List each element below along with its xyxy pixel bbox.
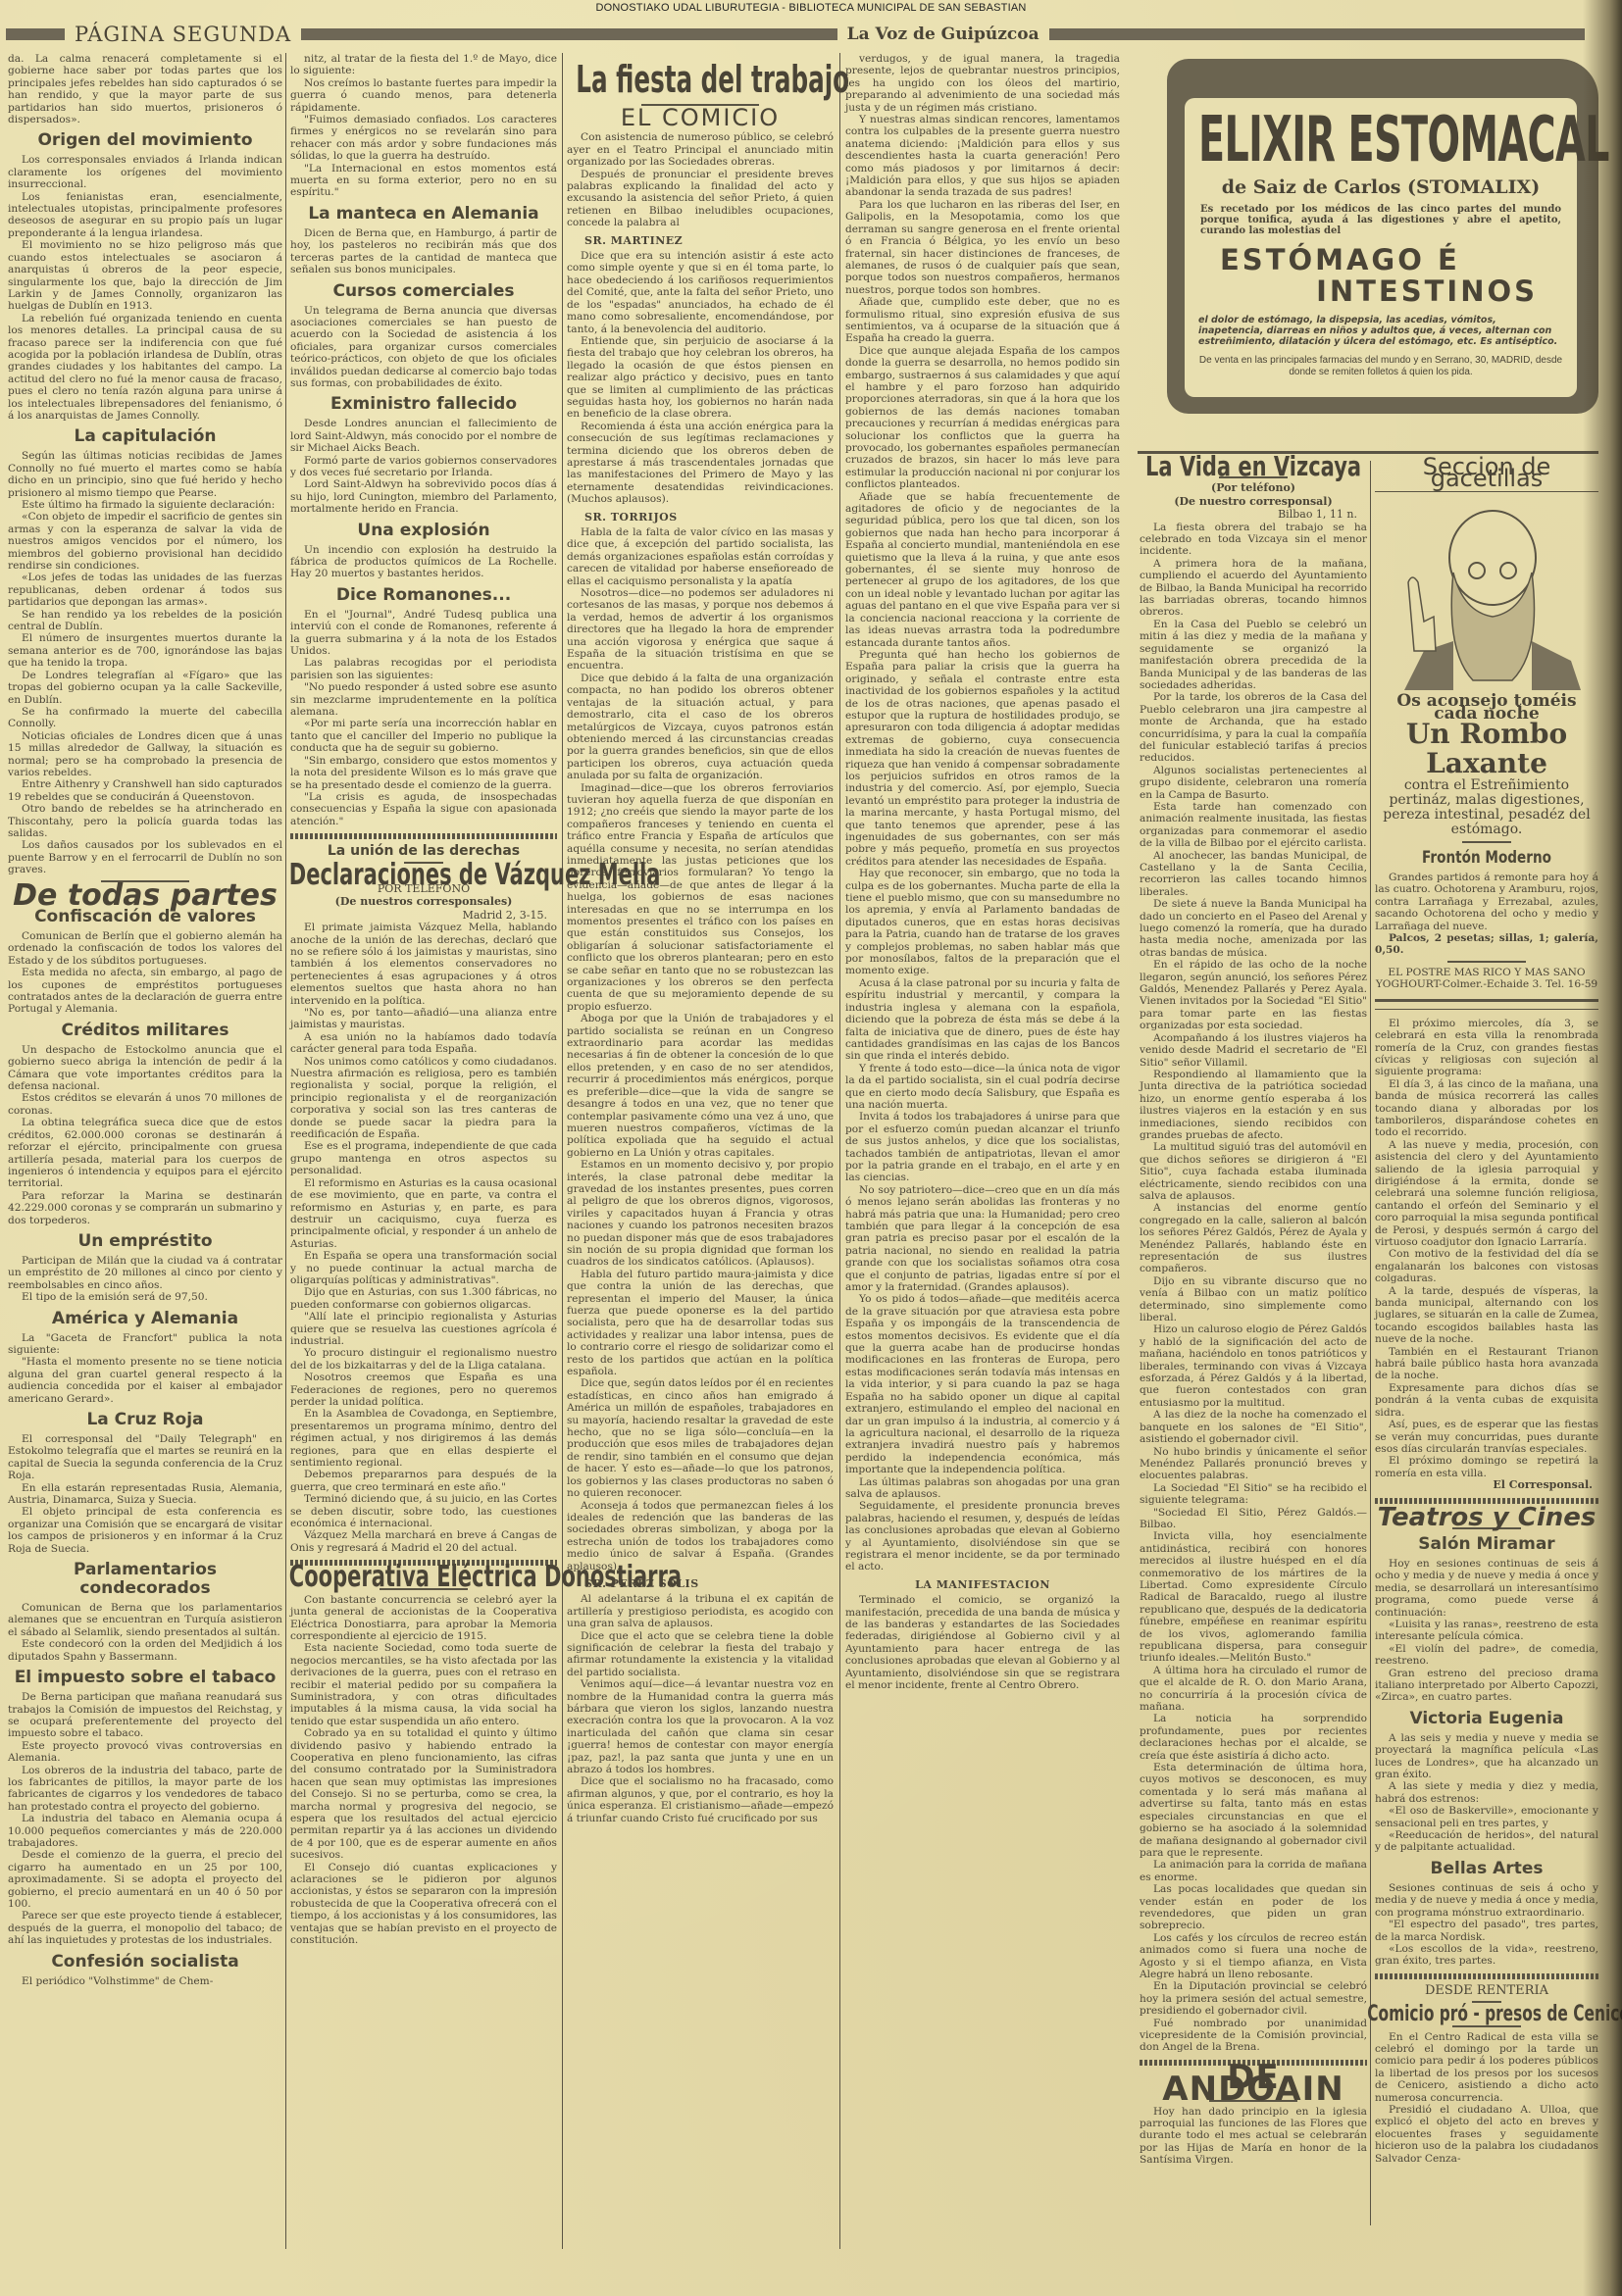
paragraph: La animación para la corrida de mañana e…	[1140, 1859, 1367, 1883]
paragraph: Vázquez Mella marchará en breve á Cangas…	[290, 1529, 557, 1554]
paragraph: Dice que debido á la falta de una organi…	[567, 673, 834, 782]
speaker-heading: SR. TORRIJOS	[584, 512, 834, 524]
paragraph: verdugos, y de igual manera, la tragedia…	[845, 53, 1120, 114]
paragraph: De Londres telegrafían al «Fígaro» que l…	[8, 670, 282, 706]
paragraph: Aboga por que la Unión de trabajadores y…	[567, 1013, 834, 1159]
article-text: Un incendio con explosión ha destruido l…	[290, 544, 557, 580]
column-rule	[839, 53, 840, 2249]
paragraph: Las pocas localidades que quedan sin ven…	[1140, 1883, 1367, 1932]
paragraph: El número de insurgentes muertos durante…	[8, 632, 282, 669]
paragraph: Lord Saint-Aldwyn ha sobrevivido pocos d…	[290, 478, 557, 515]
headline-mella: Declaraciones de Vázquez Mella	[289, 870, 558, 881]
signature: El Corresponsal.	[1375, 1479, 1593, 1491]
ad-laxante-product: Un Rombo Laxante	[1375, 720, 1598, 778]
header-rule	[1049, 28, 1585, 40]
paragraph: Hay que reconocer, sin embargo, que no t…	[845, 868, 1120, 977]
paragraph: El primate jaimista Vázquez Mella, habla…	[290, 922, 557, 1007]
article-text: Hoy han dado principio en la iglesia par…	[1140, 2106, 1367, 2167]
paragraph: Noticias oficiales de Londres dicen que …	[8, 730, 282, 779]
paragraph: Formó parte de varios gobiernos conserva…	[290, 455, 557, 479]
paragraph: Así, pues, es de esperar que las fiestas…	[1375, 1419, 1598, 1455]
article-tabaco: De Berna participan que mañana reanudará…	[8, 1691, 282, 1947]
paragraph: Habla del futuro partido maura-jaimista …	[567, 1269, 834, 1378]
paragraph: «Por mi parte sería una incorrección hab…	[290, 718, 557, 754]
article-romeria: El próximo miercoles, día 3, se celebrar…	[1375, 1018, 1598, 1479]
paragraph: Este proyecto provocó vivas controversia…	[8, 1740, 282, 1765]
running-header: PÁGINA SEGUNDA La Voz de Guipúzcoa	[6, 22, 1585, 47]
byline: (De nuestros corresponsales)	[290, 896, 557, 908]
headline-america: América y Alemania	[8, 1310, 282, 1328]
paragraph: Yo os pido á todos—añade—que meditéis ac…	[845, 1293, 1120, 1475]
paragraph: En el "Journal", André Tudesq publica un…	[290, 609, 557, 658]
article-cruz-roja: El corresponsal del "Daily Telegraph" en…	[8, 1433, 282, 1555]
article-creditos: Un despacho de Estockolmo anuncia que el…	[8, 1044, 282, 1226]
paragraph: «El violín del padre», de comedia, reest…	[1375, 1643, 1598, 1668]
paragraph: Esta tarde han comenzado con animación r…	[1140, 801, 1367, 850]
paragraph: Invicta villa, hoy esencialmente antidin…	[1140, 1530, 1367, 1664]
paragraph: Expresamente para dichos días se pondrán…	[1375, 1382, 1598, 1419]
ad-claim: Es recetado por los médicos de las cinco…	[1185, 204, 1577, 236]
article-text: Un telegrama de Berna anuncia que divers…	[290, 305, 557, 390]
paragraph: El objeto principal de esta conferencia …	[8, 1506, 282, 1555]
paragraph: "La Internacional en estos momentos está…	[290, 163, 557, 199]
paragraph: Los fenianistas eran, esencialmente, int…	[8, 191, 282, 240]
paragraph: Para los que lucharon en las riberas del…	[845, 199, 1120, 296]
column-4: verdugos, y de igual manera, la tragedia…	[845, 53, 1120, 1691]
paragraph: La rebelión fué organizada teniendo en c…	[8, 313, 282, 423]
headline-capitulacion: La capitulación	[8, 427, 282, 446]
paragraph: Acusa á la clase patronal por su incuria…	[845, 977, 1120, 1063]
column-1: da. La calma renacerá completamente si e…	[8, 53, 282, 1987]
paragraph: A primera hora de la mañana, cumpliendo …	[1140, 558, 1367, 619]
article-text: Grandes partidos á remonte para hoy á la…	[1375, 872, 1598, 932]
paragraph: Yo procuro distinguir el regionalismo nu…	[290, 1347, 557, 1372]
paragraph: Con motivo de la festividad del día se e…	[1375, 1248, 1598, 1284]
paragraph: Sesiones continuas de seis á ocho y medi…	[1375, 1882, 1598, 1919]
paragraph: «Luisita y las ranas», reestreno de esta…	[1375, 1619, 1598, 1643]
paragraph: Comunican de Berna que los parlamentario…	[8, 1602, 282, 1638]
paragraph: "Hasta el momento presente no se tiene n…	[8, 1356, 282, 1405]
paragraph: En ella estarán representadas Rusia, Ale…	[8, 1482, 282, 1507]
paragraph: Según las últimas noticias recibidas de …	[8, 450, 282, 499]
paragraph: Las palabras recogidas por el periodista…	[290, 657, 557, 681]
paragraph: Fué nombrado por unanimidad vicepresiden…	[1140, 2018, 1367, 2054]
paragraph: Comunican de Berlín que el gobierno alem…	[8, 930, 282, 967]
ad-maker: de Saiz de Carlos (STOMALIX)	[1185, 176, 1577, 198]
paragraph: El próximo miercoles, día 3, se celebrar…	[1375, 1018, 1598, 1078]
paragraph: Presidió el ciudadano A. Ulloa, que expl…	[1375, 2104, 1598, 2165]
paragraph: Dice que era su intención asistir á este…	[567, 250, 834, 335]
dateline: Madrid 2, 3-15.	[290, 910, 547, 922]
speaker-heading: SR. MARTINEZ	[584, 235, 834, 247]
header-rule	[301, 28, 836, 40]
headline-victoria: Victoria Eugenia	[1375, 1710, 1598, 1728]
column-2: nitz, al tratar de la fiesta del 1.º de …	[290, 53, 557, 1946]
kicker-renteria: DESDE RENTERIA	[1375, 1985, 1598, 1997]
paragraph: La fiesta obrera del trabajo se ha celeb…	[1140, 522, 1367, 558]
paragraph: El reformismo en Asturias es la causa oc…	[290, 1177, 557, 1250]
paragraph: Estamos en un momento decisivo y, por pr…	[567, 1159, 834, 1269]
paragraph: "Sin embargo, considero que estos moment…	[290, 755, 557, 791]
paragraph: Debemos prepararnos para después de la g…	[290, 1469, 557, 1493]
page-label: PÁGINA SEGUNDA	[75, 23, 291, 46]
ad-caps: ESTÓMAGO É	[1185, 244, 1577, 275]
divider	[1447, 961, 1526, 963]
paragraph: Pregunta qué han hecho los gobiernos de …	[845, 649, 1120, 868]
paragraph: De Berna participan que mañana reanudará…	[8, 1691, 282, 1740]
paragraph: Con bastante concurrencia se celebró aye…	[290, 1594, 557, 1643]
headline-origen: Origen del movimiento	[8, 131, 282, 150]
headline-exministro: Exministro fallecido	[290, 395, 557, 414]
paragraph: Se ha confirmado la muerte del cabecilla…	[8, 706, 282, 730]
paragraph: Invita á todos los trabajadores á unirse…	[845, 1111, 1120, 1183]
paragraph: Desde Londres anuncian el fallecimiento …	[290, 418, 557, 454]
paragraph: El corresponsal del "Daily Telegraph" en…	[8, 1433, 282, 1482]
paragraph: nitz, al tratar de la fiesta del 1.º de …	[290, 53, 557, 77]
headline-cooperativa: Cooperativa Eléctrica Donostiarra	[289, 1572, 558, 1583]
article-america: La "Gaceta de Francfort" publica la nota…	[8, 1332, 282, 1405]
headline-confesion: Confesión socialista	[8, 1953, 282, 1972]
paragraph: Añade que se había frecuentemente de agi…	[845, 491, 1120, 649]
paragraph: Ese es el programa, independiente de que…	[290, 1140, 557, 1176]
paragraph: La Sociedad "El Sitio" se ha recibido el…	[1140, 1482, 1367, 1507]
paragraph: El próximo domingo se repetirá la romerí…	[1375, 1455, 1598, 1479]
wavy-divider	[290, 833, 557, 839]
ad-yoghourt: EL POSTRE MAS RICO Y MAS SANO YOGHOURT-C…	[1375, 967, 1598, 991]
paragraph: La multitud siguió tras del automóvil en…	[1140, 1141, 1367, 1202]
paragraph: "No es, por tanto—añadió—una alianza ent…	[290, 1007, 557, 1031]
paragraph: Seguidamente, el presidente pronuncia br…	[845, 1500, 1120, 1572]
section-todas-partes: De todas partes	[8, 890, 282, 902]
article-romanones: En el "Journal", André Tudesq publica un…	[290, 609, 557, 827]
article-confiscacion: Comunican de Berlín que el gobierno alem…	[8, 930, 282, 1016]
speech-perez-solis: Al adelantarse á la tribuna el ex capitá…	[567, 1593, 834, 1824]
headline-andoain: DE ANDOAIN	[1140, 2071, 1367, 2096]
speech-torrijos: Habla de la falta de valor cívico en las…	[567, 526, 834, 1572]
headline-miramar: Salón Miramar	[1375, 1535, 1598, 1554]
ad-title: ELIXIR ESTOMACAL	[1198, 106, 1563, 175]
paragraph: "No puedo responder á usted sobre ese as…	[290, 681, 557, 718]
article-vida-vizcaya: La fiesta obrera del trabajo se ha celeb…	[1140, 522, 1367, 2054]
section-teatros: Teatros y Cines	[1375, 1512, 1598, 1523]
paragraph: Recomienda á ésta una acción enérgica pa…	[567, 421, 834, 506]
paragraph: En la Diputación provincial se celebró h…	[1140, 1980, 1367, 2017]
paragraph: En la Asamblea de Covadonga, en Septiemb…	[290, 1408, 557, 1469]
paragraph: Después de pronunciar el presidente brev…	[567, 169, 834, 229]
paragraph: Parece ser que este proyecto tiende á es…	[8, 1910, 282, 1946]
page-fold-shadow	[1583, 0, 1622, 2296]
paragraph: La industria del tabaco en Alemania ocup…	[8, 1813, 282, 1849]
article-text: Terminado el comicio, se organizó la man…	[845, 1594, 1120, 1691]
paragraph: Gran estreno del precioso drama italiano…	[1375, 1668, 1598, 1704]
article-origen: Los corresponsales enviados á Irlanda in…	[8, 154, 282, 422]
paragraph: Desde el comienzo de la guerra, el preci…	[8, 1849, 282, 1910]
paragraph: Dice que, según datos leídos por él en r…	[567, 1377, 834, 1499]
headline-fronton: Frontón Moderno	[1397, 849, 1576, 868]
ad-symptoms: el dolor de estómago, la dispepsia, las …	[1185, 307, 1577, 347]
headline-romanones: Dice Romanones...	[290, 586, 557, 605]
paragraph: Terminó diciendo que, á su juicio, en la…	[290, 1493, 557, 1529]
article-parlamentarios: Comunican de Berna que los parlamentario…	[8, 1602, 282, 1663]
column-5: La Vida en Vizcaya (Por teléfono) (De nu…	[1140, 461, 1367, 2167]
paragraph: En el Centro Radical de esta villa se ce…	[1375, 2031, 1598, 2104]
paragraph: «Los jefes de todas las unidades de las …	[8, 572, 282, 608]
paragraph: Dijo en su vibrante discurso que no vení…	[1140, 1275, 1367, 1324]
paragraph: En España se opera una transformación so…	[290, 1250, 557, 1286]
paragraph: "Sociedad El Sitio, Pérez Galdós.—Bilbao…	[1140, 1507, 1367, 1531]
speaker-heading: SR. PEREZ SOLIS	[584, 1578, 834, 1590]
paragraph: En el rápido de las ocho de la noche lle…	[1140, 959, 1367, 1031]
ad-panel: ELIXIR ESTOMACAL de Saiz de Carlos (STOM…	[1185, 98, 1577, 397]
paragraph: El Consejo dió cuantas explicaciones y a…	[290, 1862, 557, 1947]
paragraph: El tipo de la emisión será de 97,50.	[8, 1291, 282, 1303]
paragraph: Por la tarde, los obreros de la Casa del…	[1140, 691, 1367, 764]
headline-tabaco: El impuesto sobre el tabaco	[8, 1669, 282, 1687]
column-rule	[1370, 461, 1371, 2225]
paragraph: "El espectro del pasado", tres partes, d…	[1375, 1919, 1598, 1943]
masthead: La Voz de Guipúzcoa	[847, 25, 1039, 44]
listing-victoria: A las seis y media y nueve y media se pr…	[1375, 1732, 1598, 1854]
article-exministro: Desde Londres anuncian el fallecimiento …	[290, 418, 557, 515]
article-text: da. La calma renacerá completamente si e…	[8, 53, 282, 125]
paragraph: Al adelantarse á la tribuna el ex capitá…	[567, 1593, 834, 1629]
headline-explosion: Una explosión	[290, 522, 557, 540]
headline-emprestito: Un empréstito	[8, 1232, 282, 1251]
paragraph: Imaginad—dice—que los obreros ferroviari…	[567, 782, 834, 1014]
header-rule	[6, 28, 65, 40]
paragraph: Las últimas palabras son ahogadas por un…	[845, 1476, 1120, 1501]
paragraph: Entre Aithenry y Cranshwell han sido cap…	[8, 778, 282, 803]
paragraph: A esa unión no la habíamos dado todavía …	[290, 1031, 557, 1056]
paragraph: «El oso de Baskerville», emocionante y s…	[1375, 1805, 1598, 1829]
prices: Palcos, 2 pesetas; sillas, 1; galería, 0…	[1375, 932, 1598, 957]
column-rule	[562, 53, 563, 2249]
paragraph: Nos unimos como católicos y como ciudada…	[290, 1056, 557, 1141]
paragraph: La "Gaceta de Francfort" publica la nota…	[8, 1332, 282, 1357]
wavy-divider	[1375, 1973, 1598, 1979]
paragraph: Para reforzar la Marina se destinarán 42…	[8, 1190, 282, 1226]
paragraph: No hubo brindis y únicamente el señor Me…	[1140, 1446, 1367, 1482]
paragraph: Esta medida no afecta, sin embargo, al p…	[8, 967, 282, 1016]
article-mella: El primate jaimista Vázquez Mella, habla…	[290, 922, 557, 1554]
paragraph: No soy patriotero—dice—creo que en un dí…	[845, 1184, 1120, 1294]
article-continuation: nitz, al tratar de la fiesta del 1.º de …	[290, 53, 557, 199]
paragraph: De siete á nueve la Banda Municipal ha d…	[1140, 898, 1367, 959]
paragraph: Y frente á todo esto—dice—la única nota …	[845, 1063, 1120, 1112]
paragraph: Esta determinación de última hora, cuyos…	[1140, 1762, 1367, 1859]
article-ceniceros: En el Centro Radical de esta villa se ce…	[1375, 2031, 1598, 2165]
paragraph: Otro bando de rebeldes se ha atrincherad…	[8, 803, 282, 839]
advertisement-elixir: ELIXIR ESTOMACAL de Saiz de Carlos (STOM…	[1167, 59, 1598, 414]
paragraph: "Fuimos demasiado confiados. Los caracte…	[290, 114, 557, 163]
paragraph: Los obreros de la industria del tabaco, …	[8, 1765, 282, 1814]
paragraph: El movimiento no se hizo peligroso más q…	[8, 239, 282, 312]
headline-creditos: Créditos militares	[8, 1022, 282, 1040]
ad-laxante-line: Os aconsejo toméis cada noche	[1375, 695, 1598, 720]
paragraph: A las siete y media y diez y media, habr…	[1375, 1780, 1598, 1805]
paragraph: Los corresponsales enviados á Irlanda in…	[8, 154, 282, 190]
paragraph: Se han rendido ya los rebeldes de la pos…	[8, 609, 282, 633]
article-text: El periódico "Volhstimme" de Chem-	[8, 1975, 282, 1987]
paragraph: "La crisis es aguda, de insospechadas co…	[290, 791, 557, 827]
paragraph: Nosotros creemos que España es una Feder…	[290, 1372, 557, 1408]
paragraph: Aconseja á todos que permanezcan fieles …	[567, 1500, 834, 1572]
paragraph: Hizo un caluroso elogio de Pérez Galdós …	[1140, 1323, 1367, 1409]
headline-fiesta-trabajo: La fiesta del trabajo	[576, 59, 824, 100]
paragraph: Entiende que, sin perjuicio de asociarse…	[567, 335, 834, 421]
bearded-man-illustration	[1375, 504, 1581, 690]
paragraph: El día 3, á las cinco de la mañana, una …	[1375, 1078, 1598, 1139]
paragraph: También en el Restaurant Trianon habrá b…	[1375, 1346, 1598, 1382]
column-3: La fiesta del trabajo EL COMICIO Con asi…	[567, 53, 834, 1824]
column-rule	[285, 53, 286, 2249]
article-cooperativa: Con bastante concurrencia se celebró aye…	[290, 1594, 557, 1947]
paragraph: A las diez de la noche ha comenzado el b…	[1140, 1409, 1367, 1445]
speech-martinez: Dice que era su intención asistir á este…	[567, 250, 834, 506]
paragraph: «Con objeto de impedir el sacrificio de …	[8, 511, 282, 572]
paragraph: Habla de la falta de valor cívico en las…	[567, 526, 834, 587]
headline-confiscacion: Confiscación de valores	[8, 908, 282, 926]
paragraph: Esta naciente Sociedad, como toda suerte…	[290, 1642, 557, 1727]
section-gacetillas: Seccion de gacetillas	[1375, 461, 1598, 492]
paragraph: Dice que el socialismo no ha fracasado, …	[567, 1775, 834, 1824]
paragraph: Nos creímos lo bastante fuertes para imp…	[290, 77, 557, 114]
byline: (Por teléfono)	[1140, 482, 1367, 494]
paragraph: A la tarde, después de vísperas, la band…	[1375, 1285, 1598, 1346]
speech-continuation: verdugos, y de igual manera, la tragedia…	[845, 53, 1120, 1573]
headline-cruz-roja: La Cruz Roja	[8, 1411, 282, 1429]
article-text: Dicen de Berna que, en Hamburgo, á parti…	[290, 227, 557, 276]
paragraph: Participan de Milán que la ciudad va á c…	[8, 1255, 282, 1291]
paragraph: A las nueve y media, procesión, con asis…	[1375, 1139, 1598, 1249]
subheading-manifestacion: LA MANIFESTACION	[845, 1579, 1120, 1591]
paragraph: Este condecoró con la orden del Medjidic…	[8, 1638, 282, 1663]
article-capitulacion: Según las últimas noticias recibidas de …	[8, 450, 282, 875]
article-intro: Con asistencia de numeroso público, se c…	[567, 131, 834, 228]
ad-caps: INTESTINOS	[1185, 275, 1577, 307]
listing-miramar: Hoy en sesiones continuas de seis á ocho…	[1375, 1558, 1598, 1704]
headline-cursos: Cursos comerciales	[290, 282, 557, 301]
heavy-rule	[1375, 999, 1598, 1010]
paragraph: En la Casa del Pueblo se celebró un miti…	[1140, 619, 1367, 691]
subhead-comicio: EL COMICIO	[567, 112, 834, 124]
ad-laxante-claims: contra el Estreñimiento pertináz, malas …	[1375, 778, 1598, 837]
paragraph: Los cafés y los círculos de recreo están…	[1140, 1932, 1367, 1981]
paragraph: Hoy en sesiones continuas de seis á ocho…	[1375, 1558, 1598, 1619]
paragraph: A instancias del enorme gentío congregad…	[1140, 1202, 1367, 1274]
kicker-union: La unión de las derechas	[290, 845, 557, 857]
headline-bellas-artes: Bellas Artes	[1375, 1860, 1598, 1878]
paragraph: Con asistencia de numeroso público, se c…	[567, 131, 834, 168]
headline-ceniceros: Comicio pró - presos de Ceniceros	[1367, 2009, 1606, 2021]
paragraph: "Allí late el principio regionalista y A…	[290, 1311, 557, 1347]
headline-parlamentarios: Parlamentarios condecorados	[8, 1561, 282, 1598]
divider	[1462, 841, 1511, 843]
paragraph: Nosotros—dice—no podemos ser aduladores …	[567, 587, 834, 673]
paragraph: Respondiendo al llamamiento que la Junta…	[1140, 1069, 1367, 1141]
column-6: Seccion de gacetillas Os aconsejo toméis…	[1375, 461, 1598, 2165]
paragraph: «Reeducación de heridos», del natural y …	[1375, 1829, 1598, 1854]
paragraph: Al anochecer, las bandas Municipal, de C…	[1140, 850, 1367, 899]
dateline: Bilbao 1, 11 n.	[1140, 509, 1357, 521]
paragraph: Venimos aquí—dice—á levantar nuestra voz…	[567, 1678, 834, 1775]
ad-sale-info: De venta en las principales farmacias de…	[1185, 347, 1577, 378]
listing-bellas-artes: Sesiones continuas de seis á ocho y medi…	[1375, 1882, 1598, 1968]
paragraph: Añade que, cumplido este deber, que no e…	[845, 296, 1120, 345]
paragraph: A las seis y media y nueve y media se pr…	[1375, 1732, 1598, 1781]
paragraph: Dijo que en Asturias, con sus 1.300 fábr…	[290, 1286, 557, 1311]
library-watermark: DONOSTIAKO UDAL LIBURUTEGIA - BIBLIOTECA…	[0, 2, 1622, 14]
headline-manteca: La manteca en Alemania	[290, 205, 557, 224]
paragraph: Acompañando á los ilustres viajeros ha v…	[1140, 1032, 1367, 1069]
byline: (De nuestro corresponsal)	[1140, 496, 1367, 508]
paragraph: Dice que aunque alejada España de los ca…	[845, 345, 1120, 491]
paragraph: Los daños causados por los sublevados en…	[8, 839, 282, 875]
headline-vida-vizcaya: La Vida en Vizcaya	[1139, 461, 1368, 473]
paragraph: Algunos socialistas pertenecientes al gr…	[1140, 765, 1367, 801]
article-emprestito: Participan de Milán que la ciudad va á c…	[8, 1255, 282, 1304]
paragraph: Un despacho de Estockolmo anuncia que el…	[8, 1044, 282, 1093]
paragraph: La obtina telegráfica sueca dice que de …	[8, 1117, 282, 1189]
paragraph: Cobrado ya en su totalidad el quinto y ú…	[290, 1727, 557, 1861]
paragraph: Dice que el acto que se celebra tiene la…	[567, 1630, 834, 1679]
paragraph: A última hora ha circulado el rumor de q…	[1140, 1665, 1367, 1714]
paragraph: Estos créditos se elevarán á unos 70 mil…	[8, 1092, 282, 1117]
paragraph: «Los escollos de la vida», reestreno, gr…	[1375, 1943, 1598, 1968]
paragraph: Este último ha firmado la siguiente decl…	[8, 499, 282, 511]
paragraph: Y nuestras almas sindican rencores, lame…	[845, 114, 1120, 199]
paragraph: La noticia ha sorprendido profundamente,…	[1140, 1713, 1367, 1762]
